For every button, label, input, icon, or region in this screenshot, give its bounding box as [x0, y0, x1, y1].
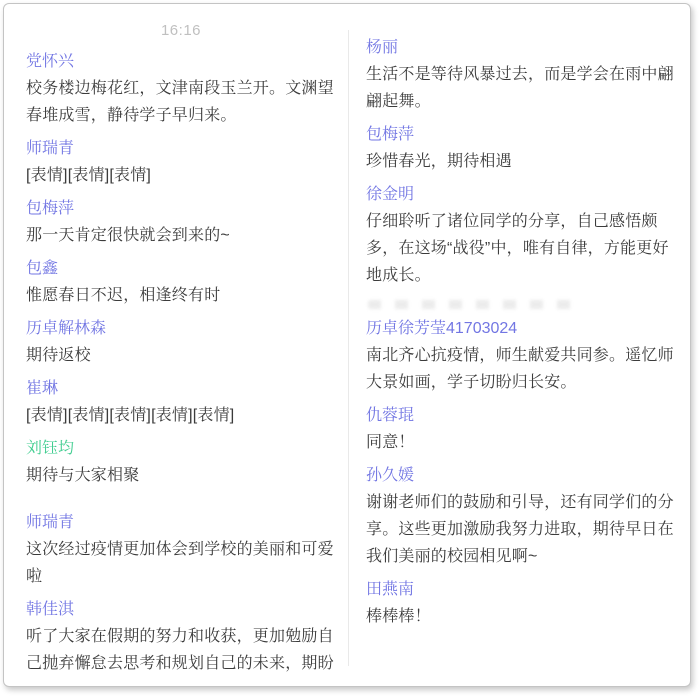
chat-columns: 16:16 党怀兴校务楼边梅花红，文津南段玉兰开。文渊望春堆成雪，静待学子早归来… [4, 4, 690, 686]
chat-message: 杨丽生活不是等待风暴过去，而是学会在雨中翩翩起舞。 [366, 34, 680, 115]
chat-message: 党怀兴校务楼边梅花红，文津南段玉兰开。文渊望春堆成雪，静待学子早归来。 [26, 48, 336, 129]
blurred-text-remnant [368, 300, 578, 309]
sender-name[interactable]: 崔琳 [26, 375, 336, 402]
message-text: 谢谢老师们的鼓励和引导，还有同学们的分享。这些更加激励我努力进取，期待早日在我们… [366, 489, 680, 570]
chat-message: 刘钰均期待与大家相聚 [26, 435, 336, 489]
message-text: 这次经过疫情更加体会到学校的美丽和可爱啦 [26, 536, 336, 590]
sender-name[interactable]: 包梅萍 [26, 195, 336, 222]
chat-message: 韩佳淇听了大家在假期的努力和收获，更加勉励自己抛弃懈怠去思考和规划自己的未来，期… [26, 596, 336, 677]
sender-name[interactable]: 杨丽 [366, 34, 680, 61]
sender-name[interactable]: 师瑞青 [26, 509, 336, 536]
sender-name[interactable]: 历卓徐芳莹41703024 [366, 315, 680, 342]
chat-message: 崔琳[表情][表情][表情][表情][表情] [26, 375, 336, 429]
message-text: 校务楼边梅花红，文津南段玉兰开。文渊望春堆成雪，静待学子早归来。 [26, 75, 336, 129]
sender-name[interactable]: 徐金明 [366, 181, 680, 208]
message-list-left: 党怀兴校务楼边梅花红，文津南段玉兰开。文渊望春堆成雪，静待学子早归来。师瑞青[表… [26, 48, 336, 677]
chat-message: 包鑫惟愿春日不迟，相逢终有时 [26, 255, 336, 309]
message-list-right: 杨丽生活不是等待风暴过去，而是学会在雨中翩翩起舞。包梅萍珍惜春光，期待相遇徐金明… [366, 34, 680, 630]
message-text: 惟愿春日不迟，相逢终有时 [26, 282, 336, 309]
sender-name[interactable]: 包鑫 [26, 255, 336, 282]
chat-message: 田燕南棒棒棒！ [366, 576, 680, 630]
chat-message: 仇蓉琨同意！ [366, 402, 680, 456]
message-text: 那一天肯定很快就会到来的~ [26, 222, 336, 249]
message-text: 听了大家在假期的努力和收获，更加勉励自己抛弃懈怠去思考和规划自己的未来，期盼 [26, 623, 336, 677]
sender-name[interactable]: 韩佳淇 [26, 596, 336, 623]
chat-column-right: 杨丽生活不是等待风暴过去，而是学会在雨中翩翩起舞。包梅萍珍惜春光，期待相遇徐金明… [349, 4, 690, 686]
chat-message: 历卓解林森期待返校 [26, 315, 336, 369]
sender-name[interactable]: 田燕南 [366, 576, 680, 603]
chat-column-left: 16:16 党怀兴校务楼边梅花红，文津南段玉兰开。文渊望春堆成雪，静待学子早归来… [4, 4, 348, 686]
sender-name[interactable]: 党怀兴 [26, 48, 336, 75]
message-text: [表情][表情][表情] [26, 162, 336, 189]
chat-message: 徐金明仔细聆听了诸位同学的分享，自己感悟颇多，在这场“战役”中，唯有自律，方能更… [366, 181, 680, 309]
message-text: 棒棒棒！ [366, 603, 680, 630]
chat-message: 包梅萍那一天肯定很快就会到来的~ [26, 195, 336, 249]
sender-name[interactable]: 孙久媛 [366, 462, 680, 489]
chat-message: 包梅萍珍惜春光，期待相遇 [366, 121, 680, 175]
message-text: 生活不是等待风暴过去，而是学会在雨中翩翩起舞。 [366, 61, 680, 115]
message-text: 珍惜春光，期待相遇 [366, 148, 680, 175]
chat-screenshot-frame: 16:16 党怀兴校务楼边梅花红，文津南段玉兰开。文渊望春堆成雪，静待学子早归来… [3, 3, 691, 687]
message-text: 期待与大家相聚 [26, 462, 336, 489]
message-text: [表情][表情][表情][表情][表情] [26, 402, 336, 429]
chat-timestamp: 16:16 [26, 20, 336, 42]
message-text: 南北齐心抗疫情，师生献爱共同参。遥忆师大景如画，学子切盼归长安。 [366, 342, 680, 396]
sender-name[interactable]: 师瑞青 [26, 135, 336, 162]
sender-name[interactable]: 仇蓉琨 [366, 402, 680, 429]
sender-name[interactable]: 历卓解林森 [26, 315, 336, 342]
chat-message: 师瑞青这次经过疫情更加体会到学校的美丽和可爱啦 [26, 509, 336, 590]
message-text: 期待返校 [26, 342, 336, 369]
sender-name[interactable]: 刘钰均 [26, 435, 336, 462]
chat-message: 师瑞青[表情][表情][表情] [26, 135, 336, 189]
chat-message: 孙久媛谢谢老师们的鼓励和引导，还有同学们的分享。这些更加激励我努力进取，期待早日… [366, 462, 680, 570]
sender-name[interactable]: 包梅萍 [366, 121, 680, 148]
message-text: 仔细聆听了诸位同学的分享，自己感悟颇多，在这场“战役”中，唯有自律，方能更好地成… [366, 208, 680, 289]
message-text: 同意！ [366, 429, 680, 456]
chat-message: 历卓徐芳莹41703024南北齐心抗疫情，师生献爱共同参。遥忆师大景如画，学子切… [366, 315, 680, 396]
